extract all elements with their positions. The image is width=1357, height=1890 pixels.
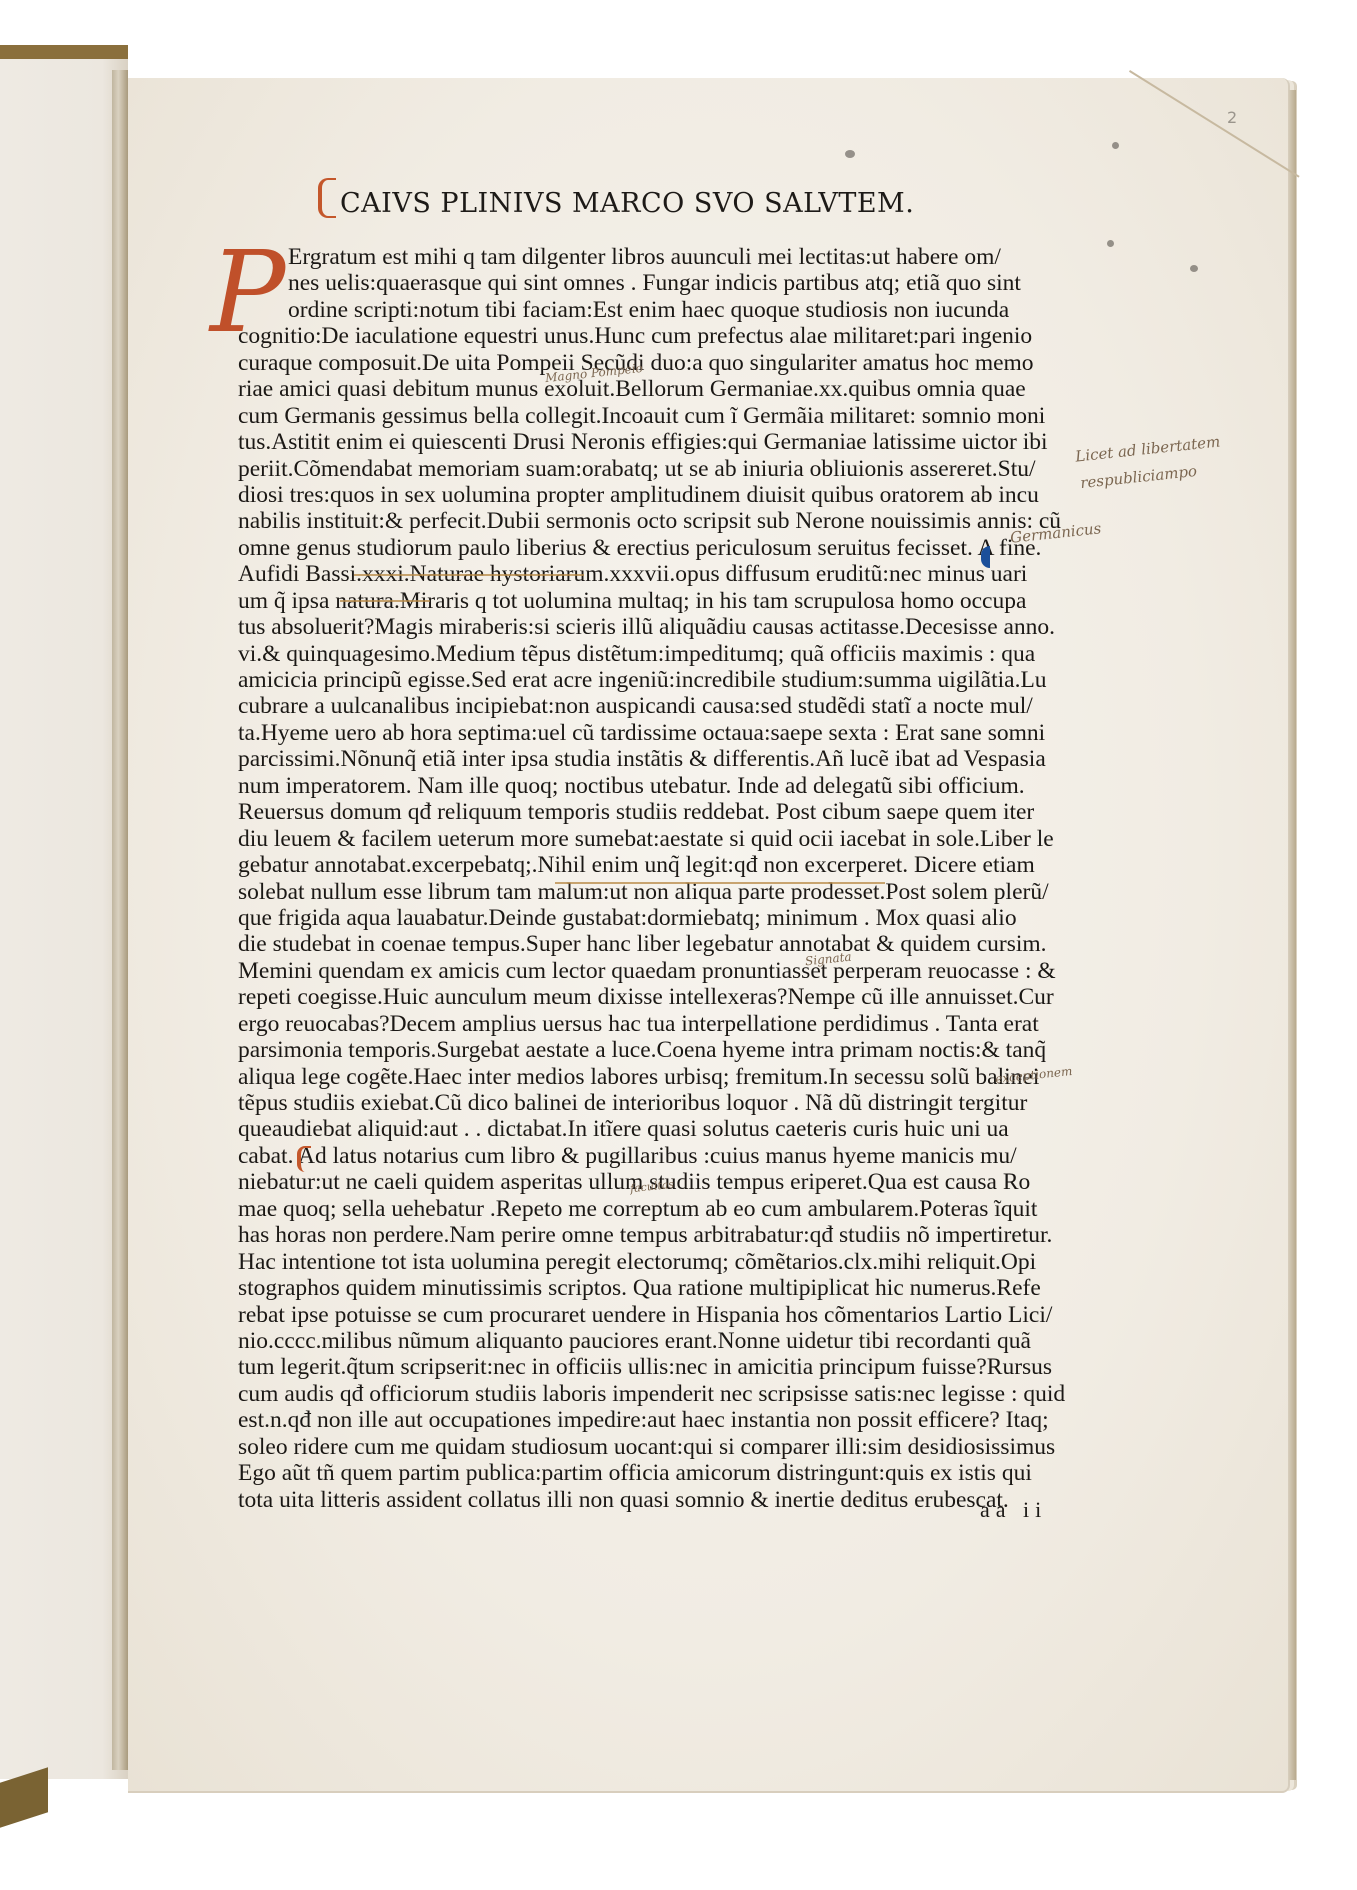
gutter-binding	[112, 70, 128, 1770]
text-line: ordine scripti:notum tibi faciam:Est eni…	[238, 297, 1068, 323]
text-line: est.n.qđ non ille aut occupationes imped…	[238, 1407, 1068, 1433]
text-line: stographos quidem minutissimis scriptos.…	[238, 1275, 1068, 1301]
text-line: cubrare a uulcanalibus incipiebat:non au…	[238, 693, 1068, 719]
text-line: Reuersus domum qđ reliquum temporis stud…	[238, 799, 1068, 825]
text-line: ta.Hyeme uero ab hora septima:uel cũ tar…	[238, 720, 1068, 746]
text-line: has horas non perdere.Nam perire omne te…	[238, 1222, 1068, 1248]
text-line: omne genus studiorum paulo liberius & er…	[238, 535, 1068, 561]
paragraph-mark-red	[318, 178, 336, 218]
page-heading: CAIVS PLINIVS MARCO SVO SALVTEM.	[340, 188, 914, 219]
text-line: parcissimi.Nõnunq̃ etiã inter ipsa studi…	[238, 746, 1068, 772]
text-line: amicicia principũ egisse.Sed erat acre i…	[238, 667, 1068, 693]
text-line: nabilis instituit:& perfecit.Dubii sermo…	[238, 508, 1068, 534]
text-line: que frigida aqua lauabatur.Deinde gustab…	[238, 905, 1068, 931]
text-line: aliqua lege cogẽte.Haec inter medios lab…	[238, 1064, 1068, 1090]
ink-spot	[845, 150, 855, 158]
text-line: vi.& quinquagesimo.Medium tẽpus distẽtum…	[238, 641, 1068, 667]
signature-mark: aa ii	[980, 1497, 1047, 1523]
text-line: tus absoluerit?Magis miraberis:si scieri…	[238, 614, 1068, 640]
ink-spot	[1112, 142, 1119, 149]
reader-underline	[354, 574, 584, 576]
ink-spot	[1107, 240, 1114, 247]
text-line: soleo ridere cum me quidam studiosum uoc…	[238, 1434, 1068, 1460]
body-text: Ergratum est mihi q tam dilgenter libros…	[238, 244, 1068, 1513]
text-line: tus.Astitit enim ei quiescenti Drusi Ner…	[238, 429, 1068, 455]
text-line: cum Germanis gessimus bella collegit.Inc…	[238, 403, 1068, 429]
text-line: cabat. Ad latus notarius cum libro & pug…	[238, 1143, 1068, 1169]
text-line: queaudiebat aliquid:aut . . dictabat.In …	[238, 1116, 1068, 1142]
text-line: periit.Cõmendabat memoriam suam:orabatq;…	[238, 456, 1068, 482]
text-line: repeti coegisse.Huic aunculum meum dixis…	[238, 984, 1068, 1010]
text-line: nio.cccc.milibus nũmum aliquanto paucior…	[238, 1328, 1068, 1354]
text-line: ergo reuocabas?Decem amplius uersus hac …	[238, 1011, 1068, 1037]
text-line: Ergratum est mihi q tam dilgenter libros…	[238, 244, 1068, 270]
text-line: cognitio:De iaculatione equestri unus.Hu…	[238, 323, 1068, 349]
reader-underline	[340, 600, 430, 602]
text-line: Memini quendam ex amicis cum lector quae…	[238, 958, 1068, 984]
text-line: Ego aũt tñ quem partim publica:partim of…	[238, 1460, 1068, 1486]
text-line: Hac intentione tot ista uolumina peregit…	[238, 1249, 1068, 1275]
text-line: tẽpus studiis exiebat.Cũ dico balinei de…	[238, 1090, 1068, 1116]
folio-number: 2	[1227, 108, 1237, 127]
paragraph-mark-red	[297, 1146, 311, 1172]
fore-edge	[1288, 90, 1296, 1780]
text-line: gebatur annotabat.excerpebatq;.Nihil eni…	[238, 852, 1068, 878]
text-line: mae quoq; sella uehebatur .Repeto me cor…	[238, 1196, 1068, 1222]
text-line: num imperatorem. Nam ille quoq; noctibus…	[238, 773, 1068, 799]
facing-page-blank	[0, 45, 128, 1779]
ink-spot	[1190, 265, 1198, 272]
text-line: diosi tres:quos in sex uolumina propter …	[238, 482, 1068, 508]
paragraph-mark-blue	[981, 546, 990, 568]
text-line: die studebat in coenae tempus.Super hanc…	[238, 931, 1068, 957]
text-line: parsimonia temporis.Surgebat aestate a l…	[238, 1037, 1068, 1063]
text-line: diu leuem & facilem ueterum more sumebat…	[238, 826, 1068, 852]
text-line: tota uita litteris assident collatus ill…	[238, 1487, 1068, 1513]
text-line: nes uelis:quaerasque qui sint omnes . Fu…	[238, 270, 1068, 296]
text-line: riae amici quasi debitum munus exoluit.B…	[238, 376, 1068, 402]
text-line: cum audis qđ officiorum studiis laboris …	[238, 1381, 1068, 1407]
reader-underline	[555, 882, 885, 884]
text-line: curaque composuit.De uita Pompeii Secũdi…	[238, 350, 1068, 376]
text-line: tum legerit.q̃tum scripserit:nec in offi…	[238, 1354, 1068, 1380]
text-line: rebat ipse potuisse se cum procuraret ue…	[238, 1302, 1068, 1328]
